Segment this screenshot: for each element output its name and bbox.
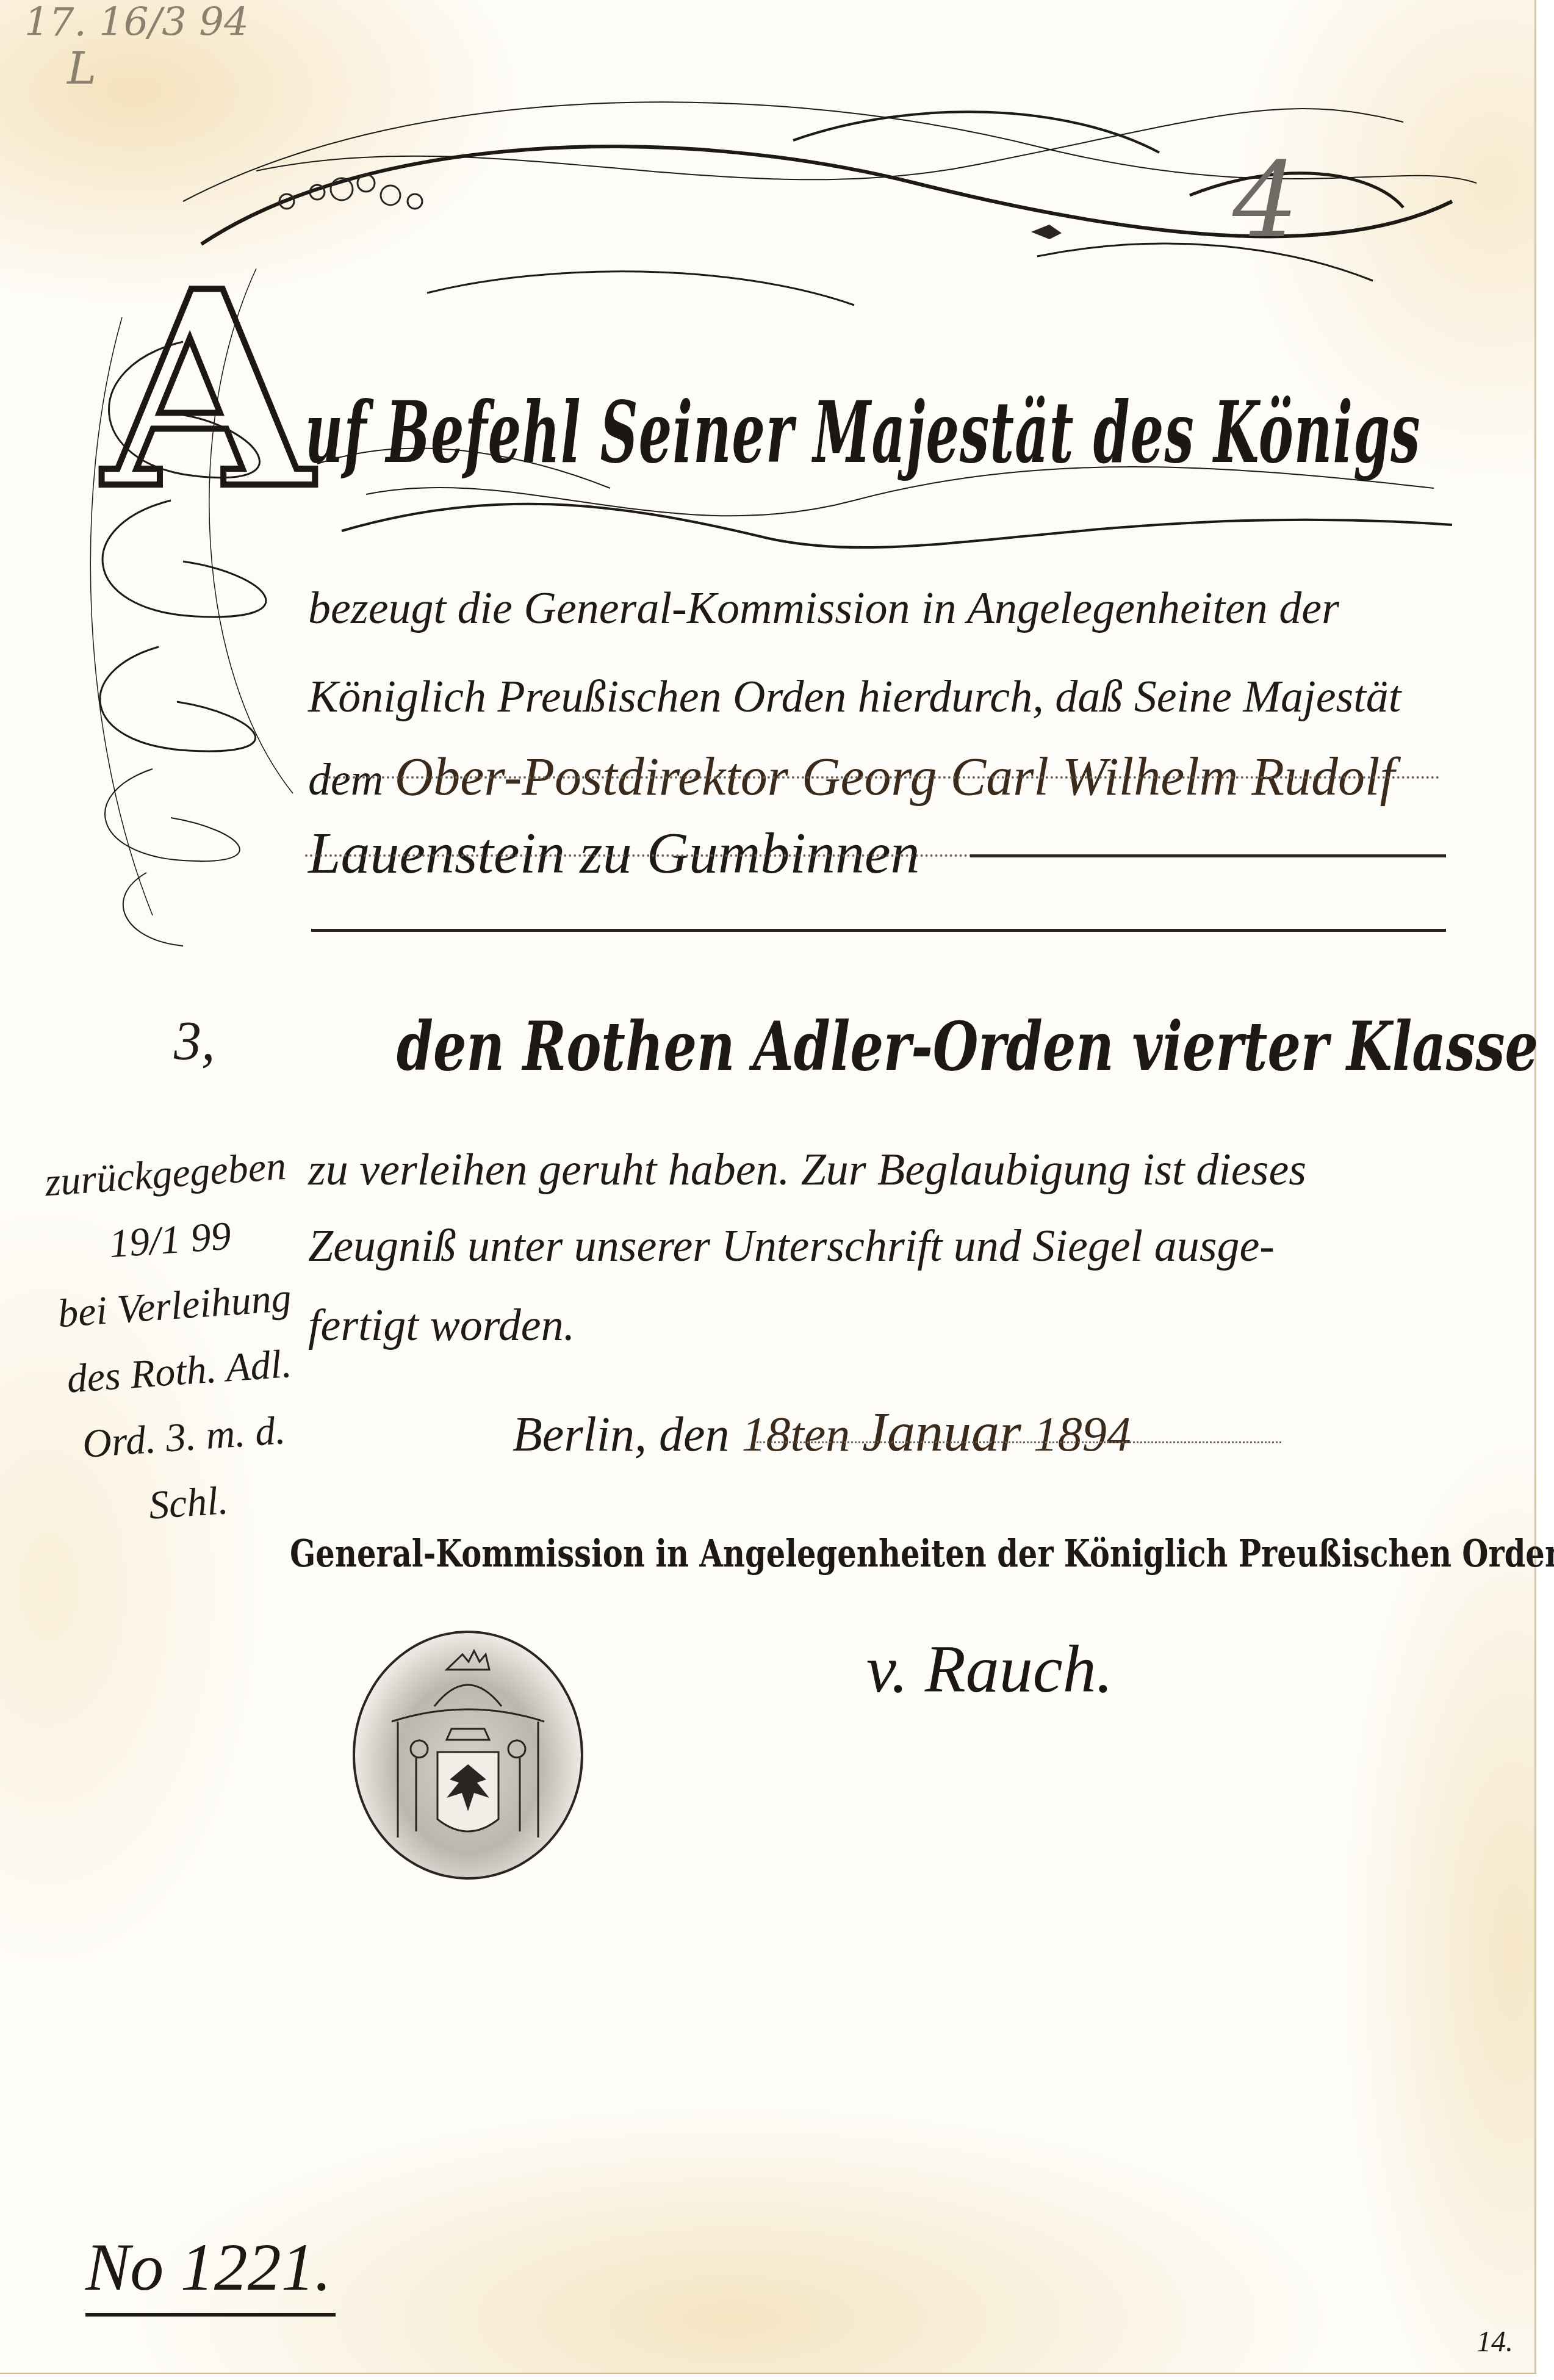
fill-rule-1 [970, 854, 1446, 857]
body-line-7: fertigt worden. [308, 1303, 575, 1348]
recipient-surname-place: Lauenstein zu Gumbinnen [308, 824, 920, 882]
margin-class-note: 3, [174, 1010, 215, 1073]
decorative-initial: A [104, 256, 312, 525]
certificate-number-rule [85, 2313, 336, 2317]
body-line-2: Königlich Preußischen Orden hierdurch, d… [308, 674, 1401, 719]
date-year: 1894 [1034, 1408, 1131, 1462]
fill-rule-2 [311, 929, 1446, 932]
recipient-prefix: dem [308, 755, 383, 805]
issuing-authority: General-Kommission in Angelegenheiten de… [290, 1535, 1554, 1573]
date-day: 18ten [741, 1408, 850, 1462]
margin-return-note: zurückgegeben 19/1 99 bei Verleihung des… [35, 1133, 318, 1545]
heading-text: uf Befehl Seiner Majestät des Königs [305, 391, 1024, 475]
recipient-dotted-line [323, 776, 1440, 779]
bottom-right-mark: 14. [1477, 2325, 1513, 2359]
royal-seal [353, 1631, 583, 1880]
pencil-letter-note: L [67, 43, 96, 94]
certificate-number: No 1221. [85, 2234, 331, 2301]
body-line-1: bezeugt die General-Kommission in Angele… [308, 586, 1339, 631]
date-month: Januar [862, 1401, 1021, 1463]
signature: v. Rauch. [866, 1635, 1113, 1703]
body-line-5: zu verleihen geruht haben. Zur Beglaubig… [308, 1147, 1306, 1192]
place-date: Berlin, den 18ten Januar 1894 [513, 1404, 1131, 1460]
order-name: den Rothen Adler-Orden vierter Klasse [397, 1013, 1538, 1080]
coat-of-arms-icon [355, 1633, 581, 1877]
date-dotted-line [757, 1441, 1281, 1443]
body-line-6: Zeugniß unter unserer Unterschrift und S… [308, 1224, 1275, 1269]
certificate-paper: 17. 16/3 94 L 4 A uf Befehl Seiner Majes… [0, 0, 1536, 2374]
pencil-page-number: 4 [1232, 140, 1298, 261]
pencil-date-note: 17. 16/3 94 [24, 0, 249, 45]
place: Berlin, den [513, 1408, 729, 1462]
recipient-dotted-line-2 [305, 854, 982, 857]
